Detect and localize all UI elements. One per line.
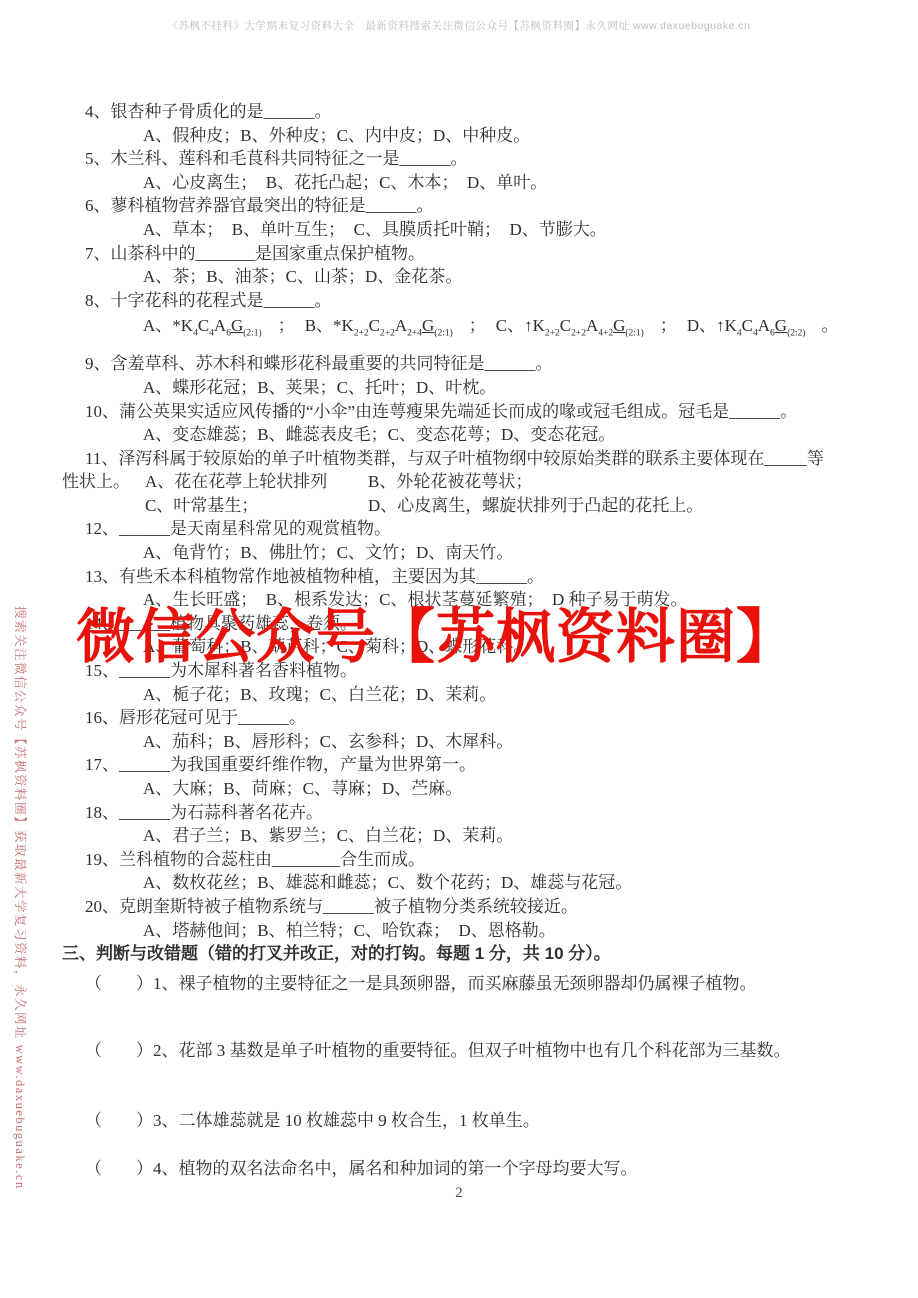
truefalse-line: （ ）2、花部 3 基数是单子叶植物的重要特征。但双子叶植物中也有几个科花部为三…: [62, 1039, 856, 1063]
formula-subscript: (2:1): [625, 329, 643, 339]
formula-subscript: 2+2: [545, 329, 560, 339]
question-line: 14、______植物具聚药雄蕊，卷须。: [62, 612, 856, 636]
floral-formula-line: A、*K4C4A6G(2:1)；B、*K2+2C2+2A2+4G(2:1)；C、…: [62, 314, 856, 346]
question-line: 12、______是天南星科常见的观赏植物。: [62, 517, 856, 541]
option-line: A、心皮离生； B、花托凸起；C、木本； D、单叶。: [62, 171, 856, 195]
formula-subscript: 2+2: [354, 329, 369, 339]
option-line: A、蝶形花冠；B、荚果；C、托叶；D、叶枕。: [62, 376, 856, 400]
question-line: 6、蓼科植物营养器官最突出的特征是______。: [62, 194, 856, 218]
formula-subscript: 2+2: [380, 329, 395, 339]
question-line: 5、木兰科、莲科和毛茛科共同特征之一是______。: [62, 147, 856, 171]
section-heading: 三、判断与改错题（错的打叉并改正，对的打钩。每题 1 分，共 10 分）。: [62, 942, 856, 966]
floral-formula-option: B、*K2+2C2+2A2+4G(2:1)；: [305, 316, 486, 335]
option-line: A、塔赫他间；B、柏兰特；C、哈钦森； D、恩格勒。: [62, 919, 856, 943]
formula-organ-letter: G: [231, 316, 243, 335]
truefalse-line: （ ）3、二体雄蕊就是 10 枚雄蕊中 9 枚合生，1 枚单生。: [62, 1109, 856, 1133]
exam-content: 4、银杏种子骨质化的是______。A、假种皮；B、外种皮；C、内中皮；D、中种…: [62, 100, 856, 1180]
option-columns-line: C、叶常基生；D、心皮离生，螺旋状排列于凸起的花托上。: [62, 494, 856, 518]
formula-option-label: D、↑: [687, 316, 725, 335]
option-line: A、龟背竹；B、佛肚竹；C、文竹；D、南天竹。: [62, 541, 856, 565]
formula-subscript: 2+4: [407, 329, 422, 339]
option-column: [62, 494, 145, 518]
formula-organ-letter: K: [342, 316, 354, 335]
option-column: C、叶常基生；: [145, 494, 368, 518]
formula-organ-letter: G: [422, 316, 434, 335]
option-column: D、心皮离生，螺旋状排列于凸起的花托上。: [368, 494, 703, 518]
option-column: B、外轮花被花萼状；: [368, 470, 532, 494]
formula-subscript: (2:1): [434, 329, 452, 339]
left-vertical-watermark: 搜索关注微信公众号【苏枫资料圈】获取最新大学复习资料，永久网址 www.daxu…: [12, 606, 30, 1190]
question-line: 9、含羞草科、苏木科和蝶形花科最重要的共同特征是______。: [62, 352, 856, 376]
option-column: A、花在花葶上轮状排列: [145, 470, 368, 494]
option-line: A、数枚花丝；B、雄蕊和雌蕊；C、数个花药；D、雄蕊与花冠。: [62, 871, 856, 895]
option-line: A、茄科；B、唇形科；C、玄参科；D、木犀科。: [62, 730, 856, 754]
formula-option-label: B、*: [305, 316, 342, 335]
truefalse-line: （ ）1、裸子植物的主要特征之一是具颈卵器，而买麻藤虽无颈卵器却仍属裸子植物。: [62, 972, 856, 996]
formula-organ-letter: C: [369, 316, 380, 335]
formula-organ-letter: K: [533, 316, 545, 335]
option-line: A、葡萄科；B、葫芦科；C、菊科；D、蝶形花科。: [62, 635, 856, 659]
option-line: A、栀子花；B、玫瑰；C、白兰花；D、茉莉。: [62, 683, 856, 707]
formula-option-label: C、↑: [496, 316, 533, 335]
question-line: 7、山茶科中的_______是国家重点保护植物。: [62, 242, 856, 266]
formula-organ-letter: A: [214, 316, 226, 335]
floral-formula-option: D、↑K4C4A6G(2:2)。: [687, 316, 839, 335]
question-line: 4、银杏种子骨质化的是______。: [62, 100, 856, 124]
formula-organ-letter: A: [586, 316, 598, 335]
formula-organ-letter: A: [395, 316, 407, 335]
formula-subscript: 4+2: [598, 329, 613, 339]
option-line: A、生长旺盛； B、根系发达；C、根状茎蔓延繁殖； D 种子易于萌发。: [62, 588, 856, 612]
formula-separator: ；: [469, 316, 486, 335]
formula-organ-letter: K: [725, 316, 737, 335]
formula-organ-letter: C: [742, 316, 753, 335]
formula-organ-letter: C: [198, 316, 209, 335]
page-header-watermark: 《苏枫不挂科》大学期末复习资料大全 最新资料搜索关注微信公众号【苏枫资料圈】永久…: [0, 18, 918, 33]
question-line: 13、有些禾本科植物常作地被植物种植，主要因为其______。: [62, 565, 856, 589]
formula-separator: ；: [660, 316, 677, 335]
option-columns-line: 性状上。A、花在花葶上轮状排列B、外轮花被花萼状；: [62, 470, 856, 494]
question-line: 10、蒲公英果实适应风传播的“小伞”由连萼瘦果先端延长而成的喙或冠毛组成。冠毛是…: [62, 400, 856, 424]
exam-page: 《苏枫不挂科》大学期末复习资料大全 最新资料搜索关注微信公众号【苏枫资料圈】永久…: [0, 0, 918, 1298]
formula-separator: 。: [822, 316, 839, 335]
formula-organ-letter: A: [758, 316, 770, 335]
formula-organ-letter: C: [560, 316, 571, 335]
truefalse-line: （ ）4、植物的双名法命名中，属名和种加词的第一个字母均要大写。: [62, 1157, 856, 1181]
question-line: 20、克朗奎斯特被子植物系统与______被子植物分类系统较接近。: [62, 895, 856, 919]
floral-formula-option: A、*K4C4A6G(2:1)；: [143, 316, 295, 335]
question-line: 11、泽泻科属于较原始的单子叶植物类群，与双子叶植物纲中较原始类群的联系主要体现…: [62, 447, 856, 471]
question-line: 17、______为我国重要纤维作物，产量为世界第一。: [62, 753, 856, 777]
question-line: 8、十字花科的花程式是______。: [62, 289, 856, 313]
formula-option-label: A、*: [143, 316, 181, 335]
option-line: A、茶；B、油茶；C、山茶；D、金花茶。: [62, 265, 856, 289]
option-line: A、变态雄蕊；B、雌蕊表皮毛；C、变态花萼；D、变态花冠。: [62, 423, 856, 447]
option-line: A、假种皮；B、外种皮；C、内中皮；D、中种皮。: [62, 124, 856, 148]
question-line: 19、兰科植物的合蕊柱由________合生而成。: [62, 848, 856, 872]
option-column: 性状上。: [62, 470, 145, 494]
page-number: 2: [0, 1185, 918, 1202]
formula-subscript: (2:2): [787, 329, 805, 339]
question-line: 15、______为木犀科著名香料植物。: [62, 659, 856, 683]
option-line: A、大麻；B、苘麻；C、荨麻；D、苎麻。: [62, 777, 856, 801]
formula-organ-letter: G: [775, 316, 787, 335]
formula-subscript: (2:1): [243, 329, 261, 339]
question-line: 16、唇形花冠可见于______。: [62, 706, 856, 730]
question-line: 18、______为石蒜科著名花卉。: [62, 801, 856, 825]
option-line: A、草本； B、单叶互生； C、具膜质托叶鞘； D、节膨大。: [62, 218, 856, 242]
formula-separator: ；: [278, 316, 295, 335]
formula-organ-letter: K: [181, 316, 193, 335]
formula-organ-letter: G: [613, 316, 625, 335]
formula-subscript: 2+2: [571, 329, 586, 339]
option-line: A、君子兰；B、紫罗兰；C、白兰花；D、茉莉。: [62, 824, 856, 848]
floral-formula-option: C、↑K2+2C2+2A4+2G(2:1)；: [496, 316, 677, 335]
